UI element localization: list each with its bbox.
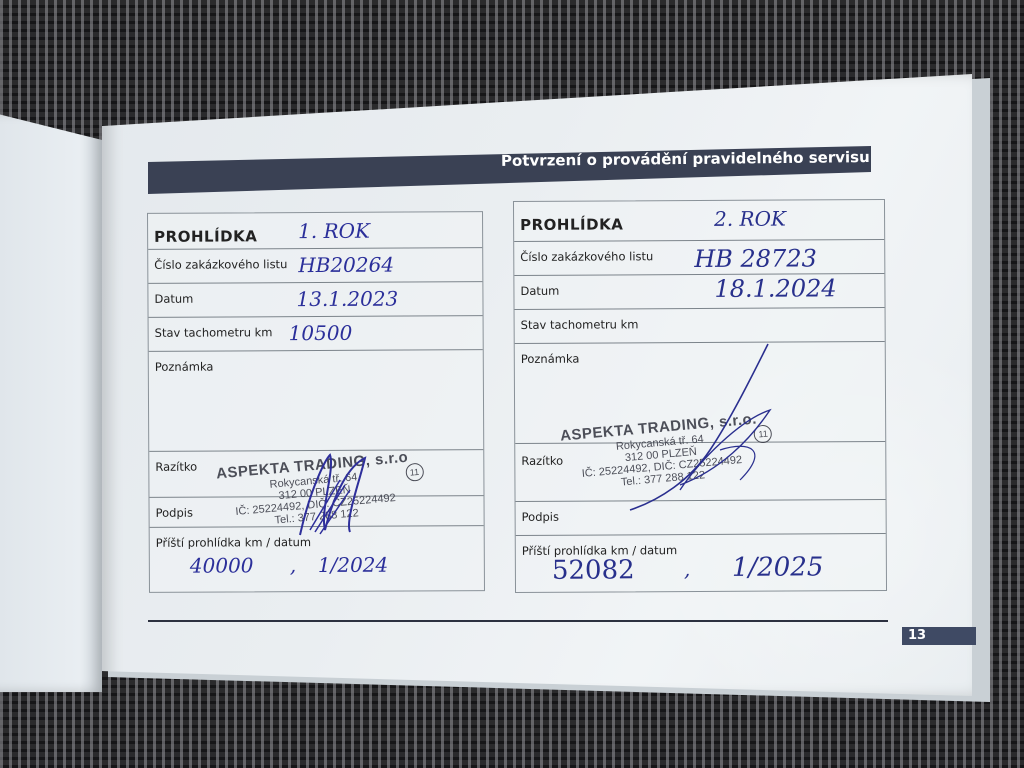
signature-2 [620,340,780,520]
signature-label: Podpis [522,510,559,524]
order-number-value: HB 28723 [694,244,817,273]
previous-page [0,112,102,692]
next-inspection-row: Příští prohlídka km / datum 52082 , 1/20… [516,534,886,592]
signature-label: Podpis [156,506,193,520]
odometer-label: Stav tachometru km [155,325,273,340]
signature-1 [290,450,380,540]
inspection-label: PROHLÍDKA [154,227,257,246]
date-value: 13.1.2023 [296,287,398,312]
odometer-value: 10500 [289,321,353,345]
date-row: Datum 13.1.2023 [148,282,482,318]
note-label: Poznámka [155,360,214,374]
next-inspection-date: 1/2024 [318,553,388,577]
inspection-label: PROHLÍDKA [520,215,623,234]
order-number-label: Číslo zakázkového listu [154,257,287,272]
footer-rule [148,620,888,622]
order-number-row: Číslo zakázkového listu HB 28723 [514,240,884,276]
page-number: 13 [902,627,976,645]
page-title: Potvrzení o provádění pravidelného servi… [501,148,870,170]
order-number-row: Číslo zakázkového listu HB20264 [148,248,482,284]
odometer-row: Stav tachometru km [515,308,885,344]
stamp-label: Razítko [521,454,563,468]
odometer-row: Stav tachometru km 10500 [149,316,483,352]
inspection-year: 1. ROK [298,219,370,243]
inspection-year: 2. ROK [714,207,786,231]
date-label: Datum [154,292,193,306]
inspection-title-row: PROHLÍDKA 1. ROK [148,212,482,250]
next-inspection-km: 40000 [190,553,254,577]
note-label: Poznámka [521,352,580,366]
order-number-label: Číslo zakázkového listu [520,249,653,264]
next-inspection-km: 52082 [552,555,635,585]
next-inspection-separator: , [684,557,690,581]
inspection-title-row: PROHLÍDKA 2. ROK [514,200,884,242]
next-inspection-label: Příští prohlídka km / datum [156,535,311,550]
date-value: 18.1.2024 [714,274,836,303]
order-number-value: HB20264 [298,253,394,278]
stamp-label: Razítko [155,460,197,474]
next-inspection-date: 1/2025 [732,552,824,582]
next-inspection-separator: , [290,553,296,577]
odometer-label: Stav tachometru km [521,317,639,332]
date-row: Datum 18.1.2024 [514,274,884,310]
note-row: Poznámka [149,350,484,452]
date-label: Datum [520,284,559,298]
